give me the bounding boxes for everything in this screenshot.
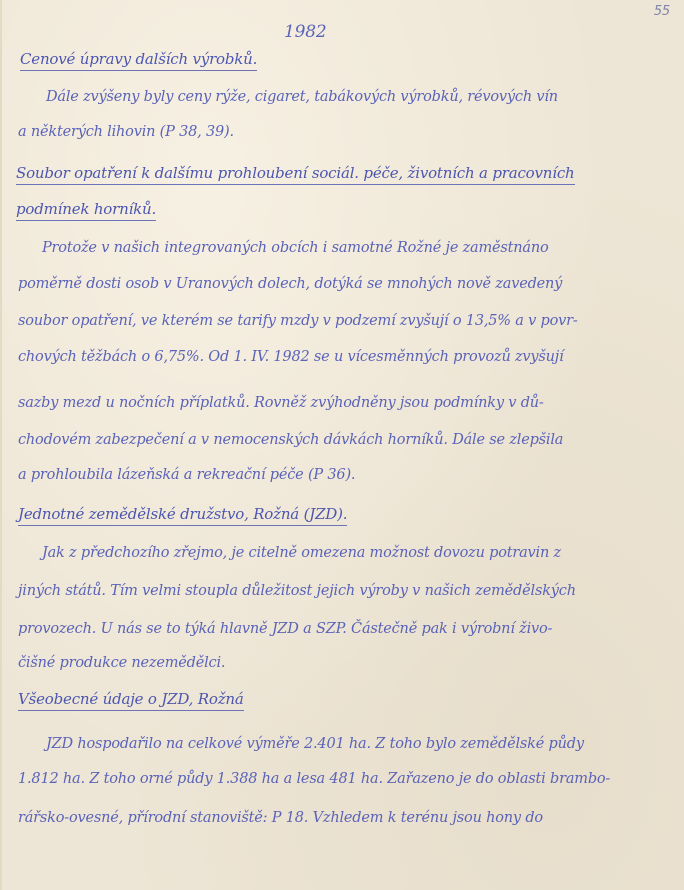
section-heading-jzd: Jednotné zemědělské družstvo, Rožná (JZD… xyxy=(18,505,347,526)
body-line: soubor opatření, ve kterém se tarify mzd… xyxy=(18,313,578,329)
body-line: chových těžbách o 6,75%. Od 1. IV. 1982 … xyxy=(18,349,564,365)
section-heading-miners-care: Soubor opatření k dalšímu prohloubení so… xyxy=(16,164,575,185)
section-heading-miners-care-cont: podmínek horníků. xyxy=(16,200,156,221)
body-line: provozech. U nás se to týká hlavně JZD a… xyxy=(18,621,552,637)
body-line: chodovém zabezpečení a v nemocenských dá… xyxy=(18,432,563,448)
section-heading-jzd-general-data: Všeobecné údaje o JZD, Rožná xyxy=(18,690,244,711)
body-line: Dále zvýšeny byly ceny rýže, cigaret, ta… xyxy=(46,89,558,105)
body-line: čišné produkce nezemědělci. xyxy=(18,655,225,671)
handwritten-chronicle-page: 55 1982 Cenové úpravy dalších výrobků. D… xyxy=(0,0,684,890)
year-header: 1982 xyxy=(284,22,326,42)
body-line: jiných států. Tím velmi stoupla důležito… xyxy=(18,583,576,599)
body-line: Jak z předchozího zřejmo, je citelně ome… xyxy=(42,545,561,561)
body-line: sazby mezd u nočních příplatků. Rovněž z… xyxy=(18,395,544,411)
body-line: 1.812 ha. Z toho orné půdy 1.388 ha a le… xyxy=(18,771,610,787)
body-line: a některých lihovin (P 38, 39). xyxy=(18,124,234,140)
body-line: rářsko-ovesné, přírodní stanoviště: P 18… xyxy=(18,810,543,826)
body-line: poměrně dosti osob v Uranových dolech, d… xyxy=(18,276,562,292)
body-line: a prohloubila lázeňská a rekreační péče … xyxy=(18,467,355,483)
body-line: Protože v našich integrovaných obcích i … xyxy=(42,240,549,256)
section-heading-price-adjustments: Cenové úpravy dalších výrobků. xyxy=(20,50,257,71)
page-number: 55 xyxy=(654,4,670,19)
body-line: JZD hospodařilo na celkové výměře 2.401 … xyxy=(46,736,584,752)
